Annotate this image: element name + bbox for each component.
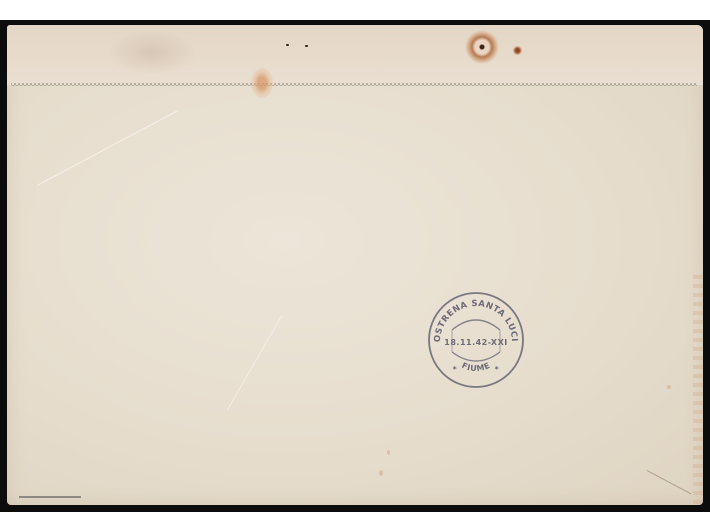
foxing-spot [667,385,671,389]
foxing-spot [379,470,383,476]
postmark-star-left: * [453,365,457,374]
faint-stain [107,30,197,75]
circular-postmark: COSTRENA SANTA LUCIA 18.11.42-XXI * FIUM… [426,290,526,390]
orange-stain [251,68,273,98]
svg-text:COSTRENA SANTA LUCIA: COSTRENA SANTA LUCIA [426,290,519,343]
small-rust-stain [513,46,522,55]
foxing-spot [387,450,390,455]
rust-stain-icon [465,30,499,64]
pencil-line [19,496,81,498]
pinhole [286,44,289,46]
postmark-date: 18.11.42-XXI [444,338,507,347]
postmark-bottom-text: FIUME [460,361,491,373]
paper-crease [647,470,692,494]
postmark-stamp-icon: COSTRENA SANTA LUCIA 18.11.42-XXI * FIUM… [426,290,526,390]
paper-crease [227,315,283,411]
perforation-line [11,83,697,88]
postmark-star-right: * [495,365,499,374]
postmark-top-text: COSTRENA SANTA LUCIA [426,290,519,343]
svg-text:FIUME: FIUME [460,361,491,373]
letter-card: COSTRENA SANTA LUCIA 18.11.42-XXI * FIUM… [7,25,703,505]
paper-crease [37,110,179,186]
pinhole [305,45,308,47]
torn-perforated-edge [693,275,703,505]
